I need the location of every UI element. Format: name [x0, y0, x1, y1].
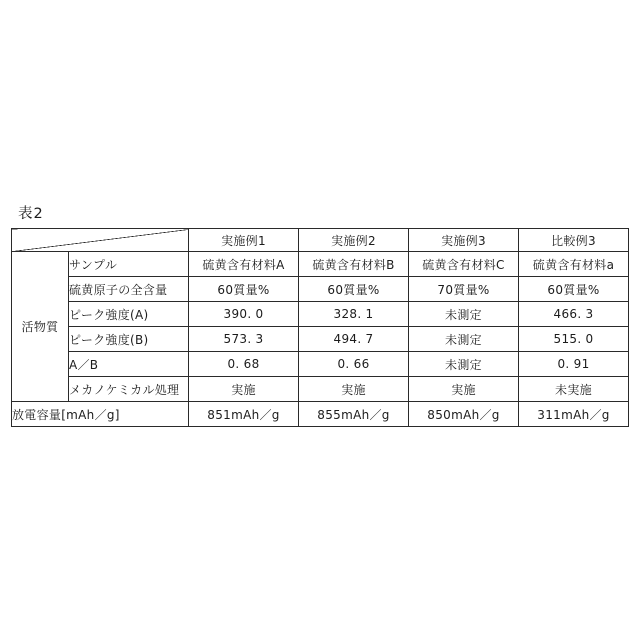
table-row-peak-intensity-b: ピーク強度(B) 573. 3 494. 7 未測定 515. 0 — [12, 327, 629, 352]
cell-mechanochemical-example1: 実施 — [189, 377, 299, 402]
cell-ab-ratio-comparative3: 0. 91 — [519, 352, 629, 377]
row-group-label-active-material: 活物質 — [12, 252, 69, 402]
patent-document-page: 表2 実施例1 実施例2 実施例3 比較例3 活物質 サンプル 硫黄含有材料A … — [0, 0, 640, 640]
cell-peak-b-comparative3: 515. 0 — [519, 327, 629, 352]
row-label-ab-ratio: A／B — [69, 352, 189, 377]
cell-sulfur-content-example2: 60質量% — [299, 277, 409, 302]
row-label-discharge-capacity: 放電容量[mAh／g] — [12, 402, 189, 427]
header-row: 実施例1 実施例2 実施例3 比較例3 — [12, 229, 629, 252]
cell-peak-a-example3: 未測定 — [409, 302, 519, 327]
comparison-table: 実施例1 実施例2 実施例3 比較例3 活物質 サンプル 硫黄含有材料A 硫黄含… — [11, 228, 629, 427]
table-row-discharge-capacity: 放電容量[mAh／g] 851mAh／g 855mAh／g 850mAh／g 3… — [12, 402, 629, 427]
cell-discharge-example3: 850mAh／g — [409, 402, 519, 427]
cell-peak-a-example1: 390. 0 — [189, 302, 299, 327]
cell-mechanochemical-example3: 実施 — [409, 377, 519, 402]
cell-peak-a-comparative3: 466. 3 — [519, 302, 629, 327]
cell-sample-comparative3: 硫黄含有材料a — [519, 252, 629, 277]
table-row-sample: 活物質 サンプル 硫黄含有材料A 硫黄含有材料B 硫黄含有材料C 硫黄含有材料a — [12, 252, 629, 277]
cell-peak-a-example2: 328. 1 — [299, 302, 409, 327]
cell-sample-example3: 硫黄含有材料C — [409, 252, 519, 277]
cell-peak-b-example3: 未測定 — [409, 327, 519, 352]
table-caption: 表2 — [18, 202, 44, 223]
table-row-peak-intensity-a: ピーク強度(A) 390. 0 328. 1 未測定 466. 3 — [12, 302, 629, 327]
cell-discharge-comparative3: 311mAh／g — [519, 402, 629, 427]
cell-discharge-example1: 851mAh／g — [189, 402, 299, 427]
cell-ab-ratio-example1: 0. 68 — [189, 352, 299, 377]
row-label-peak-intensity-b: ピーク強度(B) — [69, 327, 189, 352]
cell-ab-ratio-example3: 未測定 — [409, 352, 519, 377]
column-header-example2: 実施例2 — [299, 229, 409, 252]
cell-sulfur-content-example3: 70質量% — [409, 277, 519, 302]
cell-mechanochemical-comparative3: 未実施 — [519, 377, 629, 402]
cell-sulfur-content-example1: 60質量% — [189, 277, 299, 302]
cell-discharge-example2: 855mAh／g — [299, 402, 409, 427]
cell-peak-b-example1: 573. 3 — [189, 327, 299, 352]
cell-sulfur-content-comparative3: 60質量% — [519, 277, 629, 302]
table-row-ab-ratio: A／B 0. 68 0. 66 未測定 0. 91 — [12, 352, 629, 377]
column-header-comparative3: 比較例3 — [519, 229, 629, 252]
table-row-sulfur-content: 硫黄原子の全含量 60質量% 60質量% 70質量% 60質量% — [12, 277, 629, 302]
cell-mechanochemical-example2: 実施 — [299, 377, 409, 402]
row-label-peak-intensity-a: ピーク強度(A) — [69, 302, 189, 327]
cell-sample-example1: 硫黄含有材料A — [189, 252, 299, 277]
column-header-example1: 実施例1 — [189, 229, 299, 252]
corner-diagonal-cell — [12, 229, 189, 252]
row-label-mechanochemical: メカノケミカル処理 — [69, 377, 189, 402]
row-label-sample: サンプル — [69, 252, 189, 277]
cell-peak-b-example2: 494. 7 — [299, 327, 409, 352]
row-label-sulfur-content: 硫黄原子の全含量 — [69, 277, 189, 302]
cell-ab-ratio-example2: 0. 66 — [299, 352, 409, 377]
cell-sample-example2: 硫黄含有材料B — [299, 252, 409, 277]
column-header-example3: 実施例3 — [409, 229, 519, 252]
table-row-mechanochemical: メカノケミカル処理 実施 実施 実施 未実施 — [12, 377, 629, 402]
